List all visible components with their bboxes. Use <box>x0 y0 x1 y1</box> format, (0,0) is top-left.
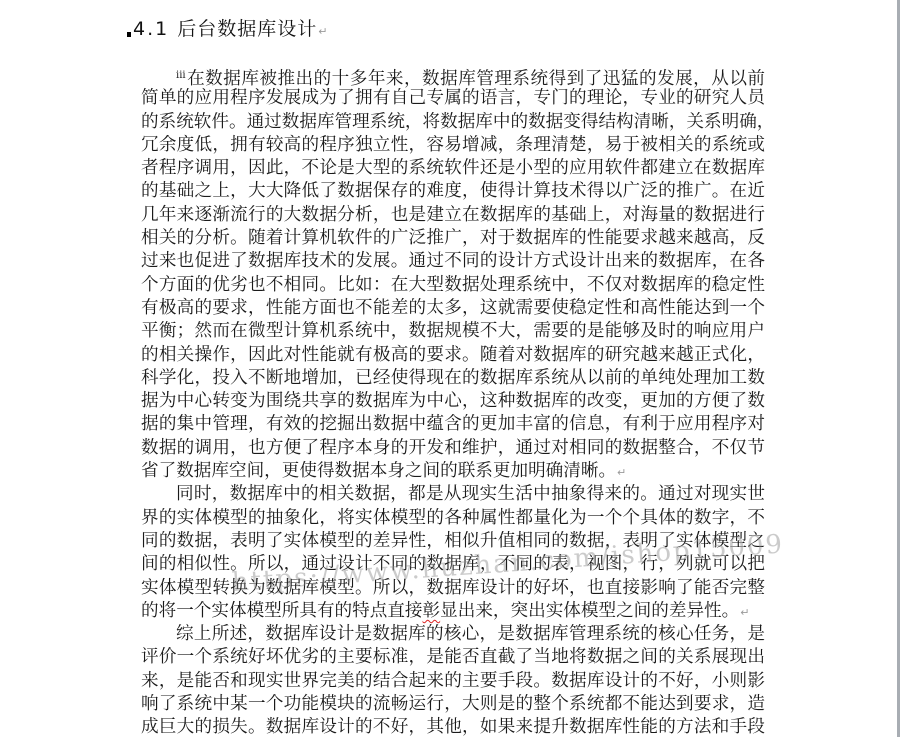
paragraph-2: 同时，数据库中的相关数据，都是从现实生活中抽象得来的。通过对现实世 界的实体模型… <box>141 483 765 623</box>
text-line: 评价一个系统好坏优劣的主要标准，是能否直截了当地将数据之间的关系展现出 <box>141 646 765 669</box>
paragraph-3: 综上所述，数据库设计是数据库的核心，是数据库管理系统的核心任务，是 评价一个系统… <box>141 623 765 737</box>
section-number: 4.1 <box>133 18 169 40</box>
spellcheck-underline[interactable]: 彰 <box>423 601 441 621</box>
text-line: 过来也促进了数据库技术的发展。通过不同的设计方式设计出来的数据库，在各 <box>141 250 765 273</box>
text-line: 冗余度低，拥有较高的程序独立性，容易增减，条理清楚，易于被相关的系统或 <box>141 134 765 157</box>
text-line: 有极高的要求，性能方面也不能差的太多，这就需要使稳定性和高性能达到一个 <box>141 297 765 320</box>
text-line: 综上所述，数据库设计是数据库的核心，是数据库管理系统的核心任务，是 <box>141 623 765 646</box>
text-line: 的相关操作，因此对性能就有极高的要求。随着对数据库的研究越来越正式化， <box>141 344 765 367</box>
text-line: 间的相似性。所以，通过设计不同的数据库，不同的表，视图，行，列就可以把 <box>141 553 765 576</box>
text-line: 的系统软件。通过数据库管理系统，将数据库中的数据变得结构清晰，关系明确， <box>141 111 765 134</box>
text-line: 实体模型转换为数据库模型。所以，数据库设计的好坏，也直接影响了能否完整 <box>141 577 765 600</box>
text-line: 个方面的优劣也不相同。比如：在大型数据处理系统中，不仅对数据库的稳定性 <box>141 274 765 297</box>
text-line: 同时，数据库中的相关数据，都是从现实生活中抽象得来的。通过对现实世 <box>141 483 765 506</box>
text-line: 同的数据，表明了实体模型的差异性，相似升值相同的数据，表明了实体模型之 <box>141 530 765 553</box>
text-line: 界的实体模型的抽象化，将实体模型的各种属性都量化为一个个具体的数字，不 <box>141 507 765 530</box>
text-line: 成巨大的损失。数据库设计的不好，其他，如果来提升数据库性能的方法和手段 <box>141 716 765 737</box>
text-line: 的基础之上，大大降低了数据保存的难度，使得计算技术得以广泛的推广。在近 <box>141 180 765 203</box>
text-line: 的将一个实体模型所具有的特点直接彰显出来，突出实体模型之间的差异性。↵ <box>141 600 765 623</box>
text-line: 者程序调用，因此，不论是大型的系统软件还是小型的应用软件都建立在数据库 <box>141 157 765 180</box>
text-line: 响了系统中某一个功能模块的流畅运行，大则是的整个系统都不能达到要求，造 <box>141 693 765 716</box>
paragraph-mark-icon: ↵ <box>740 606 749 619</box>
text-line: 省了数据库空间，更使得数据本身之间的联系更加明确清晰。↵ <box>141 460 765 483</box>
reference-marker: iii <box>176 70 186 81</box>
text-line: 据的集中管理，有效的挖掘出数据中蕴含的更加丰富的信息，有利于应用程序对 <box>141 413 765 436</box>
paragraph-1: iii在数据库被推出的十多年来，数据库管理系统得到了迅猛的发展，从以前 简单的应… <box>141 64 765 483</box>
text-line: 据为中心转变为围绕共享的数据库为中心，这种数据库的改变，更加的方便了数 <box>141 390 765 413</box>
section-heading: 4.1后台数据库设计↵ <box>127 14 328 41</box>
text-line: iii在数据库被推出的十多年来，数据库管理系统得到了迅猛的发展，从以前 <box>141 64 765 87</box>
paragraph-mark-icon: ↵ <box>318 25 328 38</box>
section-title: 后台数据库设计 <box>177 18 317 40</box>
body-text: iii在数据库被推出的十多年来，数据库管理系统得到了迅猛的发展，从以前 简单的应… <box>141 64 765 737</box>
heading-bullet-icon <box>127 32 131 37</box>
paragraph-mark-icon: ↵ <box>617 466 626 479</box>
text-line: 相关的分析。随着计算机软件的广泛推广，对于数据库的性能要求越来越高，反 <box>141 227 765 250</box>
text-line: 来，是能否和现实世界完美的结合起来的主要手段。数据库设计的不好，小则影 <box>141 670 765 693</box>
document-page: 4.1后台数据库设计↵ iii在数据库被推出的十多年来，数据库管理系统得到了迅猛… <box>0 0 900 737</box>
text-line: 几年来逐渐流行的大数据分析，也是建立在数据库的基础上，对海量的数据进行 <box>141 204 765 227</box>
text-line: 平衡；然而在微型计算机系统中，数据规模不大，需要的是能够及时的响应用户 <box>141 320 765 343</box>
text-line: 简单的应用程序发展成为了拥有自己专属的语言，专门的理论，专业的研究人员 <box>141 87 765 110</box>
text-line: 科学化，投入不断地增加，已经使得现在的数据库系统从以前的单纯处理加工数 <box>141 367 765 390</box>
text-line: 数据的调用，也方便了程序本身的开发和维护，通过对相同的数据整合，不仅节 <box>141 437 765 460</box>
